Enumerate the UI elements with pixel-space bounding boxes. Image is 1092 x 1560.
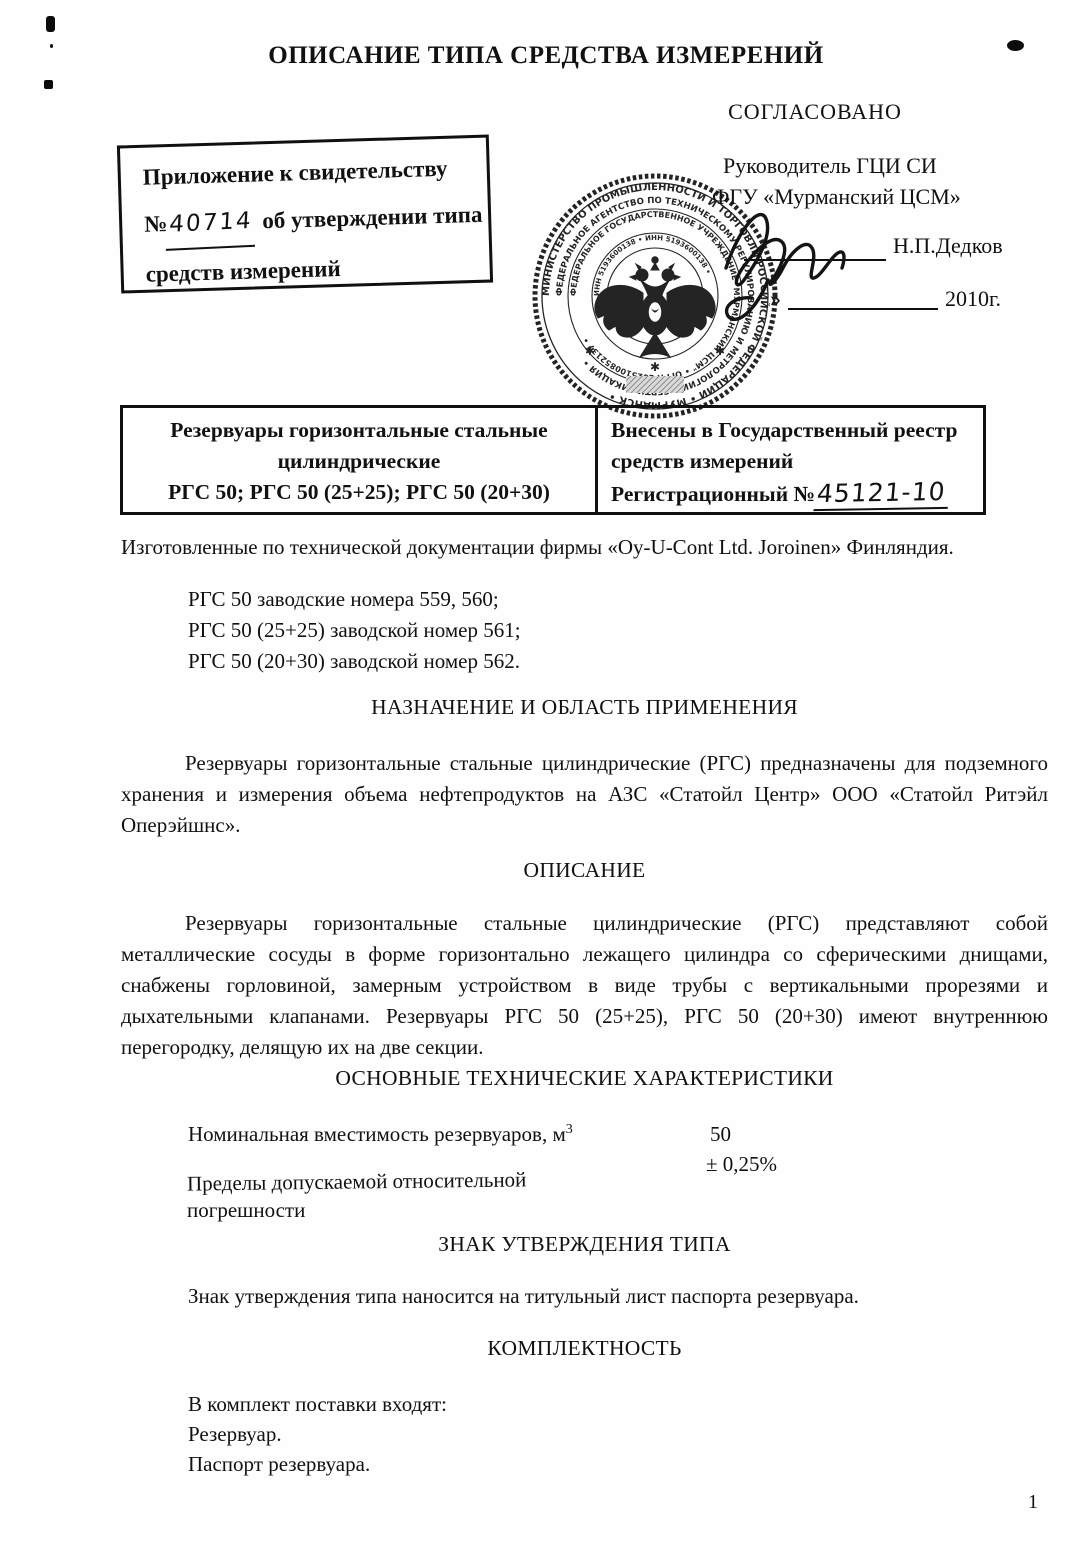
instrument-name-line-3: РГС 50; РГС 50 (25+25); РГС 50 (20+30) bbox=[123, 477, 595, 508]
registration-number-handwritten: 45121-10 bbox=[814, 476, 951, 511]
spec-capacity-value: 50 bbox=[710, 1122, 731, 1147]
spec-error-label-line-1: Пределы допускаемой относительной bbox=[187, 1166, 607, 1196]
page-title: ОПИСАНИЕ ТИПА СРЕДСТВА ИЗМЕРЕНИЙ bbox=[0, 42, 1092, 70]
completeness-heading: КОМПЛЕКТНОСТЬ bbox=[121, 1336, 1048, 1361]
description-paragraph: Резервуары горизонтальные стальные цилин… bbox=[121, 908, 1048, 1063]
seal-hatched-area bbox=[626, 376, 684, 393]
agreed-label: СОГЛАСОВАНО bbox=[640, 99, 990, 125]
description-section-heading: ОПИСАНИЕ bbox=[121, 858, 1048, 883]
instrument-name-line-2: цилиндрические bbox=[123, 446, 595, 477]
specs-section-heading: ОСНОВНЫЕ ТЕХНИЧЕСКИЕ ХАРАКТЕРИСТИКИ bbox=[121, 1066, 1048, 1091]
signature bbox=[712, 196, 902, 336]
registry-line-3: Регистрационный №45121-10 bbox=[611, 477, 983, 510]
manufacturer-paragraph: Изготовленные по технической документаци… bbox=[121, 532, 1048, 563]
type-approval-mark-text: Знак утверждения типа наносится на титул… bbox=[188, 1284, 988, 1309]
registry-line-1: Внесены в Государственный реестр bbox=[611, 415, 983, 446]
registry-table-left-cell: Резервуары горизонтальные стальные цилин… bbox=[123, 408, 598, 512]
ink-speck bbox=[46, 16, 55, 32]
date-year: 2010г. bbox=[945, 286, 1001, 312]
annex-certificate-box: Приложение к свидетельству №40714 об утв… bbox=[117, 135, 493, 294]
page-number: 1 bbox=[1028, 1491, 1038, 1514]
seal-star-left: ✱ bbox=[585, 344, 595, 358]
completeness-item-3: Паспорт резервуара. bbox=[188, 1449, 788, 1479]
type-approval-mark-heading: ЗНАК УТВЕРЖДЕНИЯ ТИПА bbox=[121, 1232, 1048, 1257]
certificate-number-handwritten: 40714 bbox=[166, 198, 258, 251]
completeness-item-2: Резервуар. bbox=[188, 1419, 788, 1449]
spec-capacity-label: Номинальная вместимость резервуаров, м3 bbox=[188, 1122, 658, 1147]
purpose-paragraph: Резервуары горизонтальные стальные цилин… bbox=[121, 748, 1048, 841]
registry-table: Резервуары горизонтальные стальные цилин… bbox=[120, 405, 986, 515]
purpose-section-heading: НАЗНАЧЕНИЕ И ОБЛАСТЬ ПРИМЕНЕНИЯ bbox=[121, 695, 1048, 720]
annex-line-2: №40714 об утверждении типа bbox=[144, 191, 489, 251]
completeness-list: В комплект поставки входят: Резервуар. П… bbox=[188, 1389, 788, 1479]
number-sign: № bbox=[144, 211, 168, 237]
seal-star-bottom: ✱ bbox=[650, 360, 660, 374]
serial-item-3: РГС 50 (20+30) заводской номер 562. bbox=[188, 646, 888, 677]
seal-star-right: ✱ bbox=[715, 344, 725, 358]
ink-speck bbox=[44, 80, 53, 89]
serial-item-1: РГС 50 заводские номера 559, 560; bbox=[188, 584, 888, 615]
superscript-3: 3 bbox=[566, 1122, 573, 1137]
signer-name: Н.П.Дедков bbox=[893, 233, 1063, 259]
spec-error-label-line-2: погрешности bbox=[187, 1198, 305, 1223]
annex-line-2-rest: об утверждении типа bbox=[256, 202, 483, 234]
document-page: ОПИСАНИЕ ТИПА СРЕДСТВА ИЗМЕРЕНИЙ СОГЛАСО… bbox=[0, 0, 1092, 1560]
completeness-item-1: В комплект поставки входят: bbox=[188, 1389, 788, 1419]
registration-number-label: Регистрационный № bbox=[611, 482, 815, 506]
serial-item-2: РГС 50 (25+25) заводской номер 561; bbox=[188, 615, 888, 646]
serial-numbers-list: РГС 50 заводские номера 559, 560; РГС 50… bbox=[188, 584, 888, 677]
registry-table-right-cell: Внесены в Государственный реестр средств… bbox=[598, 408, 983, 512]
instrument-name-line-1: Резервуары горизонтальные стальные bbox=[123, 415, 595, 446]
spec-error-value: ± 0,25% bbox=[706, 1152, 777, 1177]
registry-line-2: средств измерений bbox=[611, 446, 983, 477]
